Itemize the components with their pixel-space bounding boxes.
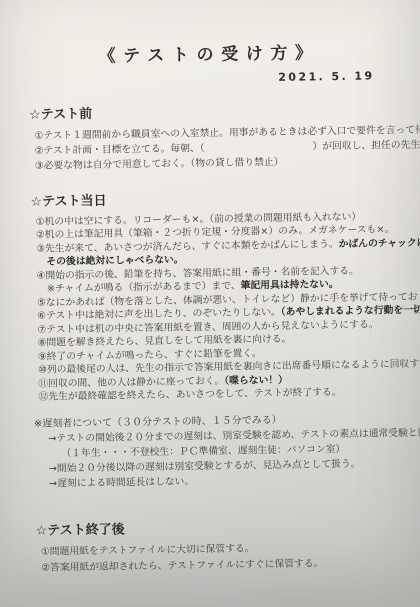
paper-photo: 《テストの受け方》 2021. 5. 19 ☆テスト前 ①テスト１週間前から職員… [0,0,420,607]
rule-list: →テストの開始後２０分までの遅刻は、別室受験を認め、テストの素点は通常受験と同様… [48,426,397,492]
rule-text-bold: 筆記用具は持たない。 [241,279,339,292]
section-after-test: ☆テスト終了後 ①問題用紙をテストファイルに大切に保管する。 ②答案用紙が返却さ… [35,515,398,576]
rule-text: ①問題用紙をテストファイルに大切に保管する。 [41,544,255,558]
rule-text: ※チャイムが鳴る（指示があるまで）まで、 [47,281,241,295]
rule-text: ⑫先生が最終確認を終えたら、あいさつをして、テストが終了する。 [38,387,341,403]
rule-list: ①問題用紙をテストファイルに大切に保管する。 ②答案用紙が返却されたら、テストフ… [41,540,398,576]
document-date: 2021. 5. 19 [28,69,390,88]
document-title: 《テストの受け方》 [28,37,390,68]
document: 《テストの受け方》 2021. 5. 19 ☆テスト前 ①テスト１週間前から職員… [0,0,420,576]
rule-list: ①机の中は空にする。リコーダーも×。（前の授業の問題用紙も入れない） ②机の上は… [36,210,396,405]
rule-text: →開始２０分後以降の遅刻は別室受験とするが、見込み点として扱う。 [49,459,361,475]
rule-text-bold: かばんのチャックは閉める。 [339,237,420,250]
rule-list: ①テスト１週間前から職員室への入室禁止。用事があるときは必ず入口で要件を言って待… [34,123,392,174]
rule-text: →遅刻による時間延長はしない。 [49,477,195,490]
section-heading: ☆テスト終了後 [35,515,397,540]
rule-text: ③必要な物は自分で用意しておく。（物の貸し借り禁止） [35,157,284,172]
section-test-day: ☆テスト当日 ①机の中は空にする。リコーダーも×。（前の授業の問題用紙も入れない… [30,185,395,405]
section-before-test: ☆テスト前 ①テスト１週間前から職員室への入室禁止。用事があるときは必ず入口で要… [29,98,392,174]
section-heading: ☆テスト前 [29,98,391,123]
section-heading: ☆テスト当日 [30,185,392,210]
rule-text-bold: （あやしまれるような行動を一切しない） [281,304,420,318]
rule-text: ②答案用紙が返却されたら、テストファイルにすぐに保管する。 [41,558,323,573]
section-latecomers: ※遅刻者について（３０分テストの時、１５分でみる） →テストの開始後２０分までの… [34,409,397,492]
rule-text-bold: （喋らない！） [224,374,288,386]
rule-text-bold: その後は絶対にしゃべらない。 [46,255,183,268]
rule-text: ⑪回収の間、他の人は静かに座っておく。 [38,375,224,389]
